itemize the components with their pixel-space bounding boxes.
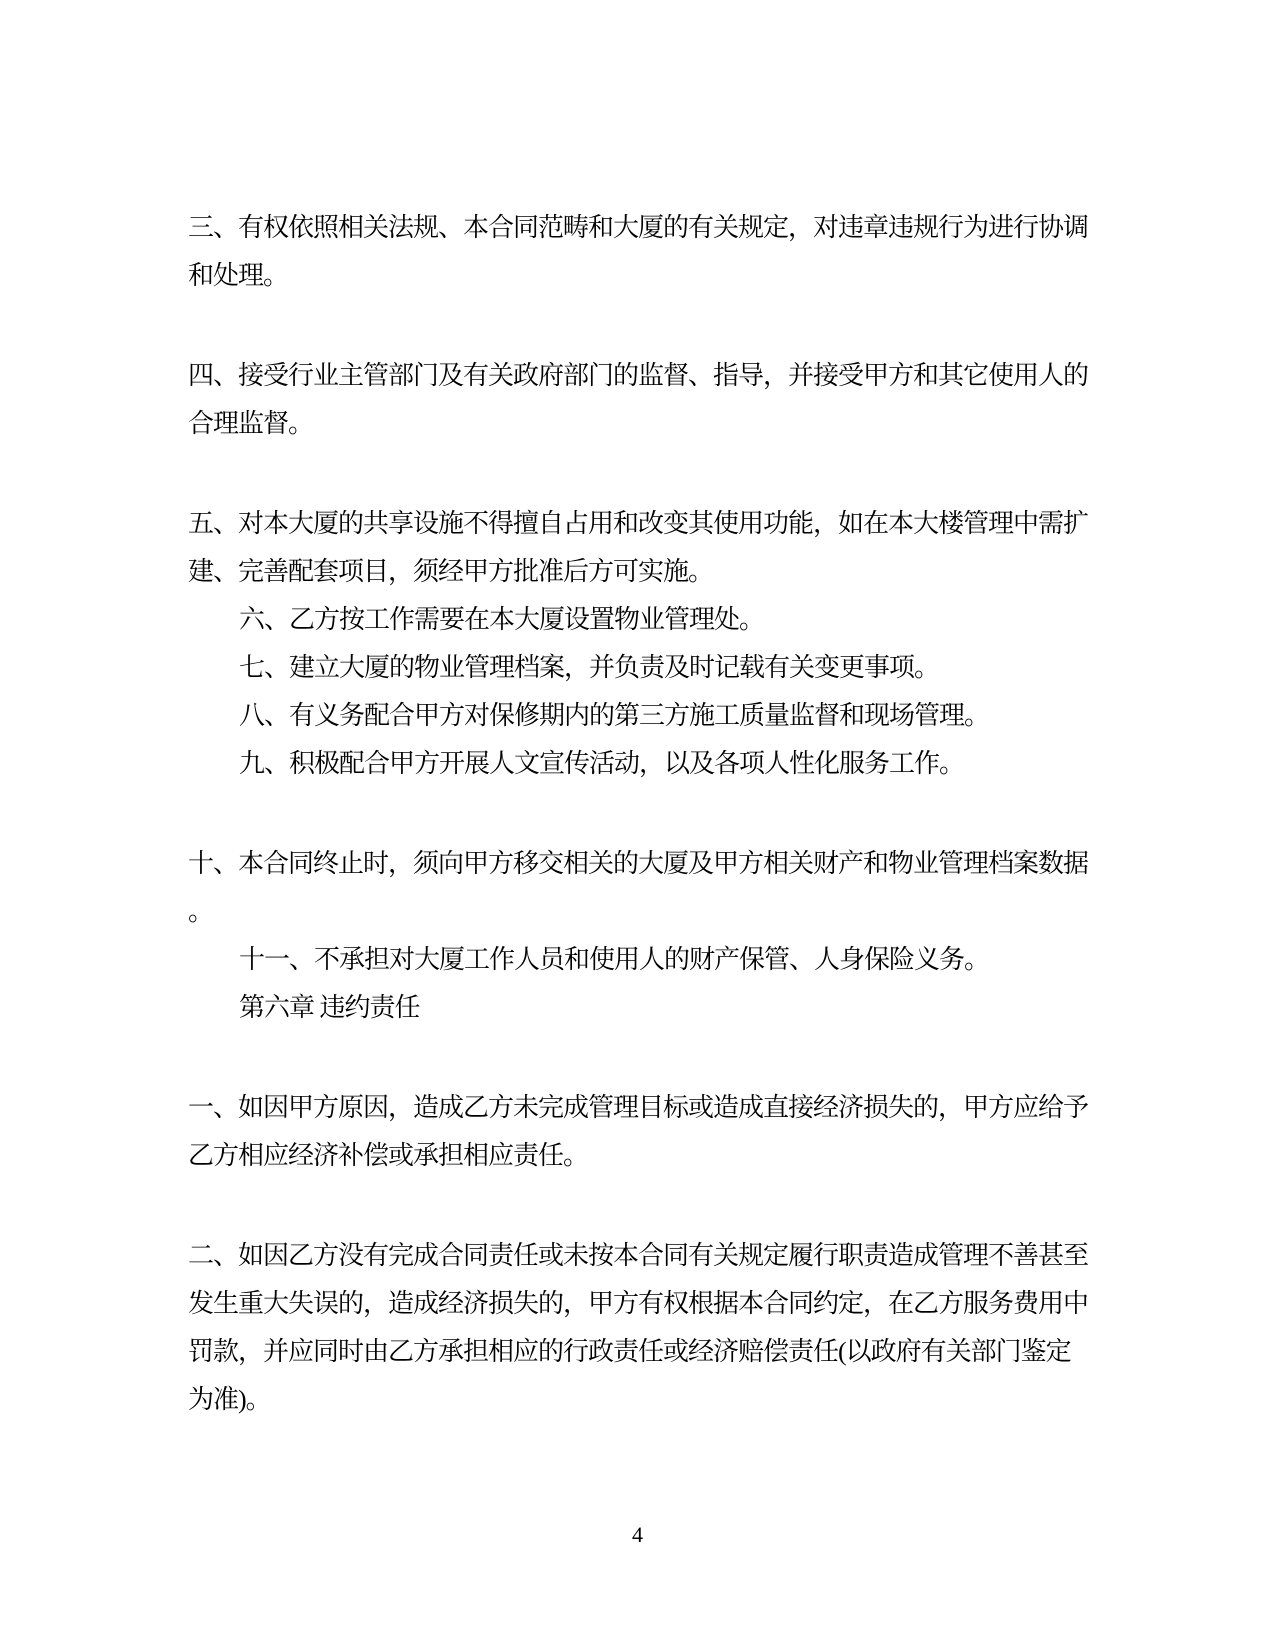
text-line: 十一、不承担对大厦工作人员和使用人的财产保管、人身保险义务。 — [188, 936, 1100, 984]
text-line: 二、如因乙方没有完成合同责任或未按本合同有关规定履行职责造成管理不善甚至 — [188, 1232, 1100, 1280]
text-line: 建、完善配套项目，须经甲方批准后方可实施。 — [188, 548, 1100, 596]
text-line: 七、建立大厦的物业管理档案，并负责及时记载有关变更事项。 — [188, 644, 1100, 692]
text-line: 一、如因甲方原因，造成乙方未完成管理目标或造成直接经济损失的，甲方应给予 — [188, 1084, 1100, 1132]
document-page: 三、有权依照相关法规、本合同范畴和大厦的有关规定，对违章违规行为进行协调和处理。… — [0, 0, 1275, 1651]
text-line: 六、乙方按工作需要在本大厦设置物业管理处。 — [188, 596, 1100, 644]
contract-body: 三、有权依照相关法规、本合同范畴和大厦的有关规定，对违章违规行为进行协调和处理。… — [188, 204, 1100, 1424]
text-line: 第六章 违约责任 — [188, 984, 1100, 1032]
text-line: 合理监督。 — [188, 400, 1100, 448]
text-line: 三、有权依照相关法规、本合同范畴和大厦的有关规定，对违章违规行为进行协调 — [188, 204, 1100, 252]
text-line: 和处理。 — [188, 252, 1100, 300]
text-line: 十、本合同终止时，须向甲方移交相关的大厦及甲方相关财产和物业管理档案数据 — [188, 840, 1100, 888]
text-line: 乙方相应经济补偿或承担相应责任。 — [188, 1132, 1100, 1180]
text-line: 四、接受行业主管部门及有关政府部门的监督、指导，并接受甲方和其它使用人的 — [188, 352, 1100, 400]
text-line: 罚款，并应同时由乙方承担相应的行政责任或经济赔偿责任(以政府有关部门鉴定 — [188, 1328, 1100, 1376]
text-line: 。 — [188, 888, 1100, 936]
text-line: 八、有义务配合甲方对保修期内的第三方施工质量监督和现场管理。 — [188, 692, 1100, 740]
text-line: 九、积极配合甲方开展人文宣传活动，以及各项人性化服务工作。 — [188, 740, 1100, 788]
text-line: 为准)。 — [188, 1376, 1100, 1424]
text-line: 发生重大失误的，造成经济损失的，甲方有权根据本合同约定，在乙方服务费用中 — [188, 1280, 1100, 1328]
page-number: 4 — [0, 1520, 1275, 1550]
text-line: 五、对本大厦的共享设施不得擅自占用和改变其使用功能，如在本大楼管理中需扩 — [188, 500, 1100, 548]
